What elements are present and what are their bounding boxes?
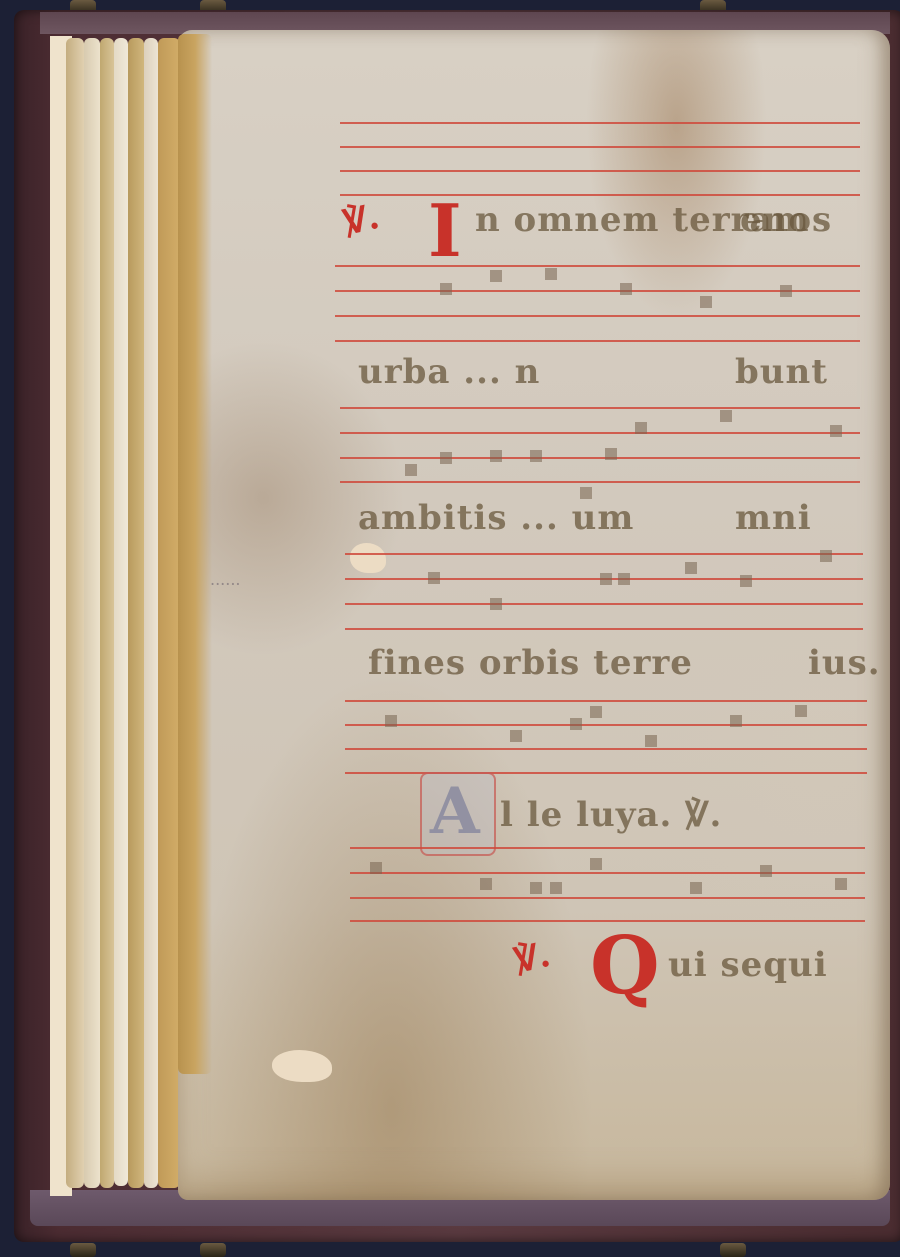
- neume: [370, 862, 382, 874]
- neume: [405, 464, 417, 476]
- leaf-edge: [144, 38, 158, 1188]
- neume: [480, 878, 492, 890]
- leaf-edge: [84, 38, 100, 1188]
- neume: [600, 573, 612, 585]
- marginal-note: ......: [210, 570, 241, 589]
- clasp-bottom-left: [70, 1243, 96, 1257]
- neume: [760, 865, 772, 877]
- neume: [550, 882, 562, 894]
- staff-line: [340, 146, 860, 148]
- lyric-line: fines orbis terre: [368, 643, 693, 683]
- neume: [490, 598, 502, 610]
- staff-line: [345, 553, 863, 555]
- decorated-initial-letter: A: [430, 774, 480, 849]
- decorated-initial-a: A: [420, 772, 496, 856]
- clasp-bottom-mid: [200, 1243, 226, 1257]
- clasp-bottom-right: [720, 1243, 746, 1257]
- leaf-edge: [66, 38, 84, 1188]
- lyric-line-right: bunt: [735, 352, 828, 392]
- staff-line: [345, 748, 867, 750]
- neume: [545, 268, 557, 280]
- lyric-line-right: mni: [735, 498, 812, 538]
- staff-line: [340, 457, 860, 459]
- page-gutter: [178, 34, 212, 1074]
- neume: [820, 550, 832, 562]
- neume: [830, 425, 842, 437]
- neume: [385, 715, 397, 727]
- leaf-edge: [158, 38, 180, 1188]
- leaf-edge: [100, 38, 114, 1188]
- staff-line: [340, 170, 860, 172]
- neume: [635, 422, 647, 434]
- staff-line: [350, 872, 865, 874]
- neume: [570, 718, 582, 730]
- staff-line: [335, 265, 860, 267]
- lyric-line: urba ... n: [358, 352, 540, 392]
- staff-line: [345, 724, 867, 726]
- staff-line: [345, 700, 867, 702]
- neume: [645, 735, 657, 747]
- staff-line: [345, 628, 863, 630]
- neume: [490, 270, 502, 282]
- neume: [590, 706, 602, 718]
- initial-letter-i: I: [428, 188, 462, 273]
- staff-line: [340, 194, 860, 196]
- neume: [700, 296, 712, 308]
- lyric-line: ui sequi: [668, 945, 828, 985]
- lyric-line-right: enos: [740, 200, 832, 240]
- staff-line: [350, 897, 865, 899]
- staff-line: [340, 122, 860, 124]
- staff-line: [340, 481, 860, 483]
- neume: [530, 882, 542, 894]
- neume: [730, 715, 742, 727]
- lyric-line: ambitis ... um: [358, 498, 634, 538]
- lyric-line: l le luya. ℣.: [500, 795, 722, 835]
- neume: [780, 285, 792, 297]
- staff-line: [350, 847, 865, 849]
- neume: [620, 283, 632, 295]
- neume: [530, 450, 542, 462]
- staff-line: [345, 603, 863, 605]
- neume: [440, 452, 452, 464]
- parchment-hole: [272, 1050, 332, 1082]
- neume: [590, 858, 602, 870]
- parchment-hole: [350, 543, 386, 573]
- staff-line: [340, 432, 860, 434]
- neume: [720, 410, 732, 422]
- staff-line: [335, 315, 860, 317]
- neume: [795, 705, 807, 717]
- neume: [685, 562, 697, 574]
- neume: [510, 730, 522, 742]
- staff-line: [335, 340, 860, 342]
- leaf-edge: [128, 38, 144, 1188]
- neume: [490, 450, 502, 462]
- neume: [835, 878, 847, 890]
- neume: [740, 575, 752, 587]
- initial-letter-q: Q: [590, 918, 660, 1012]
- neume: [428, 572, 440, 584]
- neume: [618, 573, 630, 585]
- neume: [605, 448, 617, 460]
- neume: [690, 882, 702, 894]
- staff-line: [340, 407, 860, 409]
- leaf-edge: [114, 38, 128, 1186]
- lyric-line-right: ius.: [808, 643, 881, 683]
- neume: [440, 283, 452, 295]
